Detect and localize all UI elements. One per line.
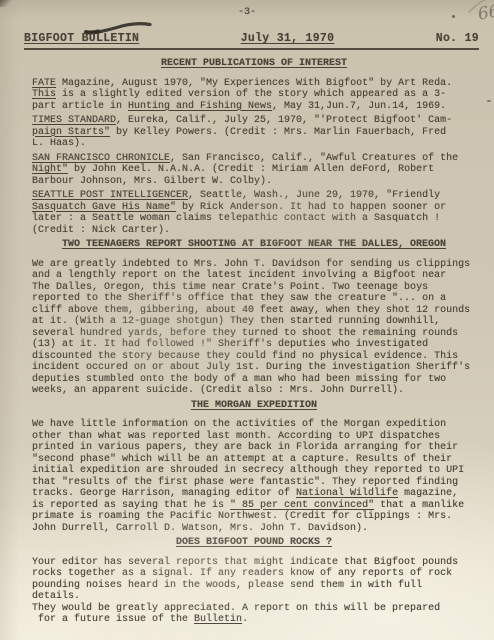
paragraph: FATE Magazine, August 1970, "My Experien… (32, 78, 476, 113)
section-heading: THE MORGAN EXPEDITION (32, 400, 476, 412)
bulletin-title: BIGFOOT BULLETIN (24, 32, 139, 45)
underlined-text: Night" (32, 164, 68, 175)
body-text: , San Francisco, Calif., "Awful Creature… (170, 153, 458, 164)
body-text: Magazine, August 1970, "My Experiences W… (56, 78, 452, 89)
section-heading-text: THE MORGAN EXPEDITION (191, 400, 317, 411)
section-heading-text: DOES BIGFOOT POUND ROCKS ? (176, 537, 332, 548)
ink-speck (487, 100, 491, 102)
underlined-text: This (32, 89, 56, 100)
handwritten-note: 66 (477, 1, 494, 24)
body-text: , Eureka, Calif., July 25, 1970, "'Prote… (116, 115, 452, 126)
section-heading: TWO TEENAGERS REPORT SHOOTING AT BIGFOOT… (32, 239, 476, 251)
bulletin-date: July 31, 1970 (241, 32, 335, 45)
scanned-newsletter-page: -3- 66 BIGFOOT BULLETIN July 31, 1970 No… (0, 0, 494, 640)
underlined-text: TIMES STANDARD (32, 115, 116, 126)
page-number: -3- (0, 7, 494, 18)
document-body: RECENT PUBLICATIONS OF INTERESTFATE Maga… (32, 55, 476, 629)
body-text: We have little information on the activi… (32, 419, 464, 499)
underlined-text: Bulletin (194, 614, 242, 625)
underlined-text: National Wildlife (296, 488, 398, 499)
section-heading-text: TWO TEENAGERS REPORT SHOOTING AT BIGFOOT… (62, 239, 446, 250)
body-text: . (242, 614, 248, 625)
section-heading: DOES BIGFOOT POUND ROCKS ? (32, 537, 476, 549)
paragraph: We are greatly indebted to Mrs. John T. … (32, 259, 476, 397)
section-heading-text: RECENT PUBLICATIONS OF INTEREST (161, 58, 347, 69)
scan-edge-smudge (0, 0, 12, 7)
body-text: , Seattle, Wash., June 29, 1970, "Friend… (188, 190, 440, 201)
body-text: by John Keel. N.A.N.A. (Credit : Miriam … (32, 164, 434, 187)
paragraph: Your editor has several reports that mig… (32, 557, 476, 626)
underlined-text: Hunting and Fishing News (128, 101, 272, 112)
underlined-text: paign Starts" (32, 127, 110, 138)
paragraph: TIMES STANDARD, Eureka, Calif., July 25,… (32, 115, 476, 150)
bulletin-issue-number: No. 19 (436, 32, 479, 45)
underlined-text: SEATTLE POST INTELLIGENCER (32, 190, 188, 201)
paragraph: SAN FRANCISCO CHRONICLE, San Francisco, … (32, 153, 476, 188)
paragraph: We have little information on the activi… (32, 419, 476, 534)
ink-speck (452, 15, 455, 18)
section-heading: RECENT PUBLICATIONS OF INTEREST (32, 58, 476, 70)
paragraph: SEATTLE POST INTELLIGENCER, Seattle, Was… (32, 190, 476, 236)
underlined-text: SAN FRANCISCO CHRONICLE (32, 153, 170, 164)
underlined-text: Sasquatch Gave His Name" (32, 202, 176, 213)
underlined-text: " 85 per cent convinced" (230, 500, 374, 511)
body-text: We are greatly indebted to Mrs. John T. … (32, 259, 470, 397)
body-text: , May 31,Jun.7, Jun.14, 1969. (272, 101, 446, 112)
masthead: BIGFOOT BULLETIN July 31, 1970 No. 19 (24, 32, 479, 50)
underlined-text: FATE (32, 78, 56, 89)
